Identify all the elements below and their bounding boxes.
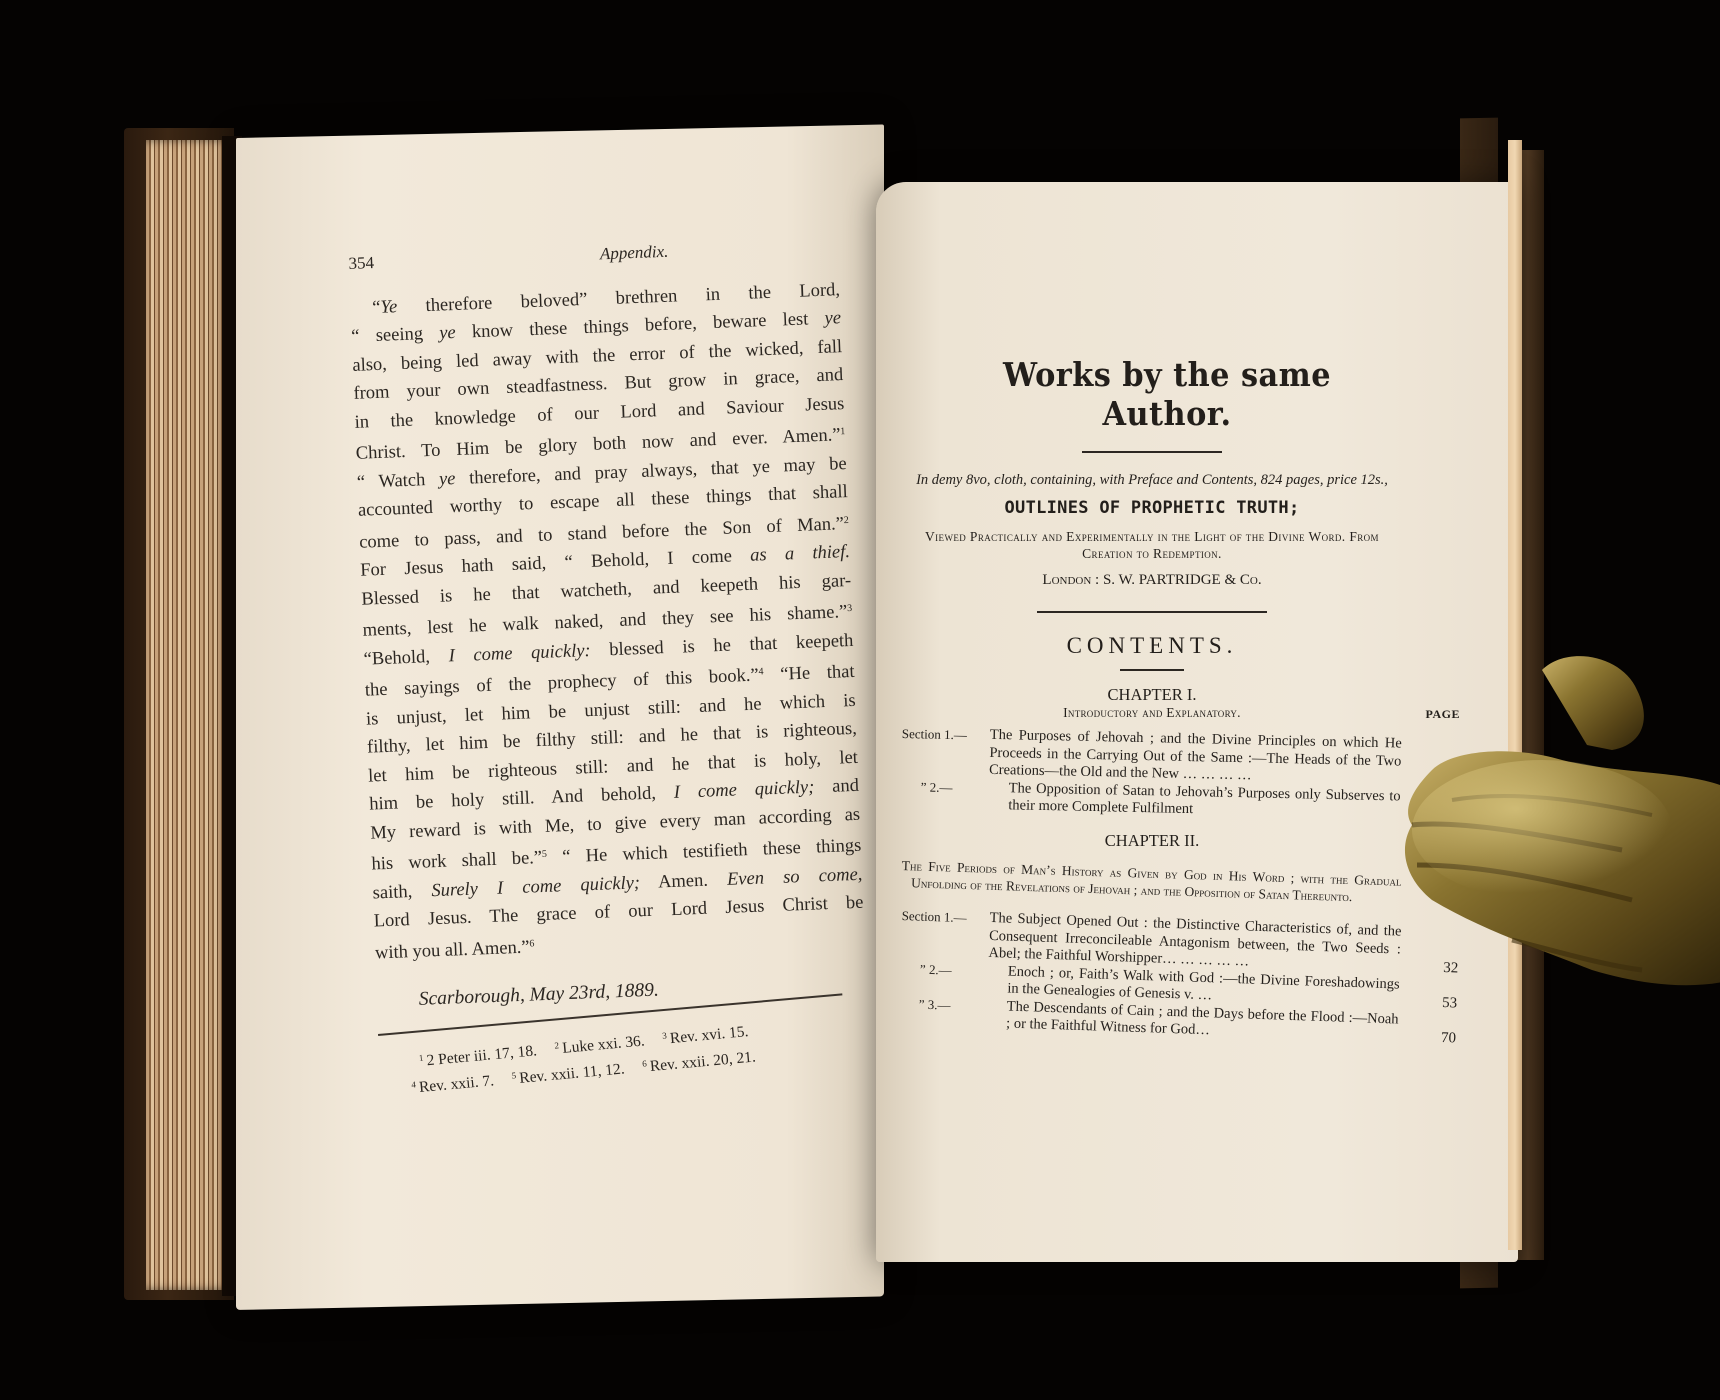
toc-section-title: The Opposition of Satan to Jehovah’s Pur…: [1008, 780, 1401, 823]
book-scene: 354 Appendix. “Ye therefore beloved” bre…: [0, 0, 1720, 1400]
edition-note: In demy 8vo, cloth, containing, with Pre…: [902, 471, 1402, 490]
toc-section-number: ” 3.—: [898, 994, 1007, 1033]
right-page-text: Works by the same Author. In demy 8vo, c…: [902, 355, 1402, 1029]
toc-section-number: Section 1.—: [901, 725, 990, 779]
toc-section-number: ” 2.—: [899, 959, 1008, 998]
page-number: 354: [348, 249, 375, 278]
contents-heading: CONTENTS.: [902, 633, 1402, 659]
publisher: London : S. W. PARTRIDGE & Co.: [902, 572, 1402, 589]
running-title: Appendix.: [599, 238, 668, 269]
chapter-title: CHAPTER I.: [902, 685, 1402, 705]
toc-section-number: Section 1.—: [900, 907, 990, 962]
body-text: “Ye therefore beloved” brethren in the L…: [350, 276, 865, 968]
chapter-subtitle-text: Introductory and Explanatory.: [1063, 705, 1241, 720]
chapter-title: CHAPTER II.: [902, 831, 1402, 851]
chapter-subtitle: Introductory and Explanatory. PAGE: [902, 705, 1402, 721]
toc-section-title: The Purposes of Jehovah ; and the Divine…: [989, 727, 1402, 788]
toc-section-number: ” 2.—: [900, 777, 1009, 814]
toc-chapter-1: Section 1.—The Purposes of Jehovah ; and…: [900, 725, 1402, 823]
chapter-description: The Five Periods of Man’s History as Giv…: [901, 857, 1402, 907]
page-block-edges: [146, 140, 234, 1290]
page-heading: Works by the same Author.: [951, 355, 1383, 433]
left-page-text: 354 Appendix. “Ye therefore beloved” bre…: [348, 231, 867, 1016]
toc-page-number: 70: [1441, 1029, 1457, 1047]
book-subtitle: Viewed Practically and Experimentally in…: [902, 528, 1402, 562]
divider: [1037, 611, 1267, 613]
book-title: OUTLINES OF PROPHETIC TRUTH;: [902, 498, 1402, 518]
brass-hand-bookend-icon: [1392, 650, 1720, 1030]
toc-chapter-2: Section 1.—The Subject Opened Out : the …: [898, 907, 1402, 1046]
divider: [1120, 669, 1184, 671]
divider: [1082, 451, 1222, 453]
